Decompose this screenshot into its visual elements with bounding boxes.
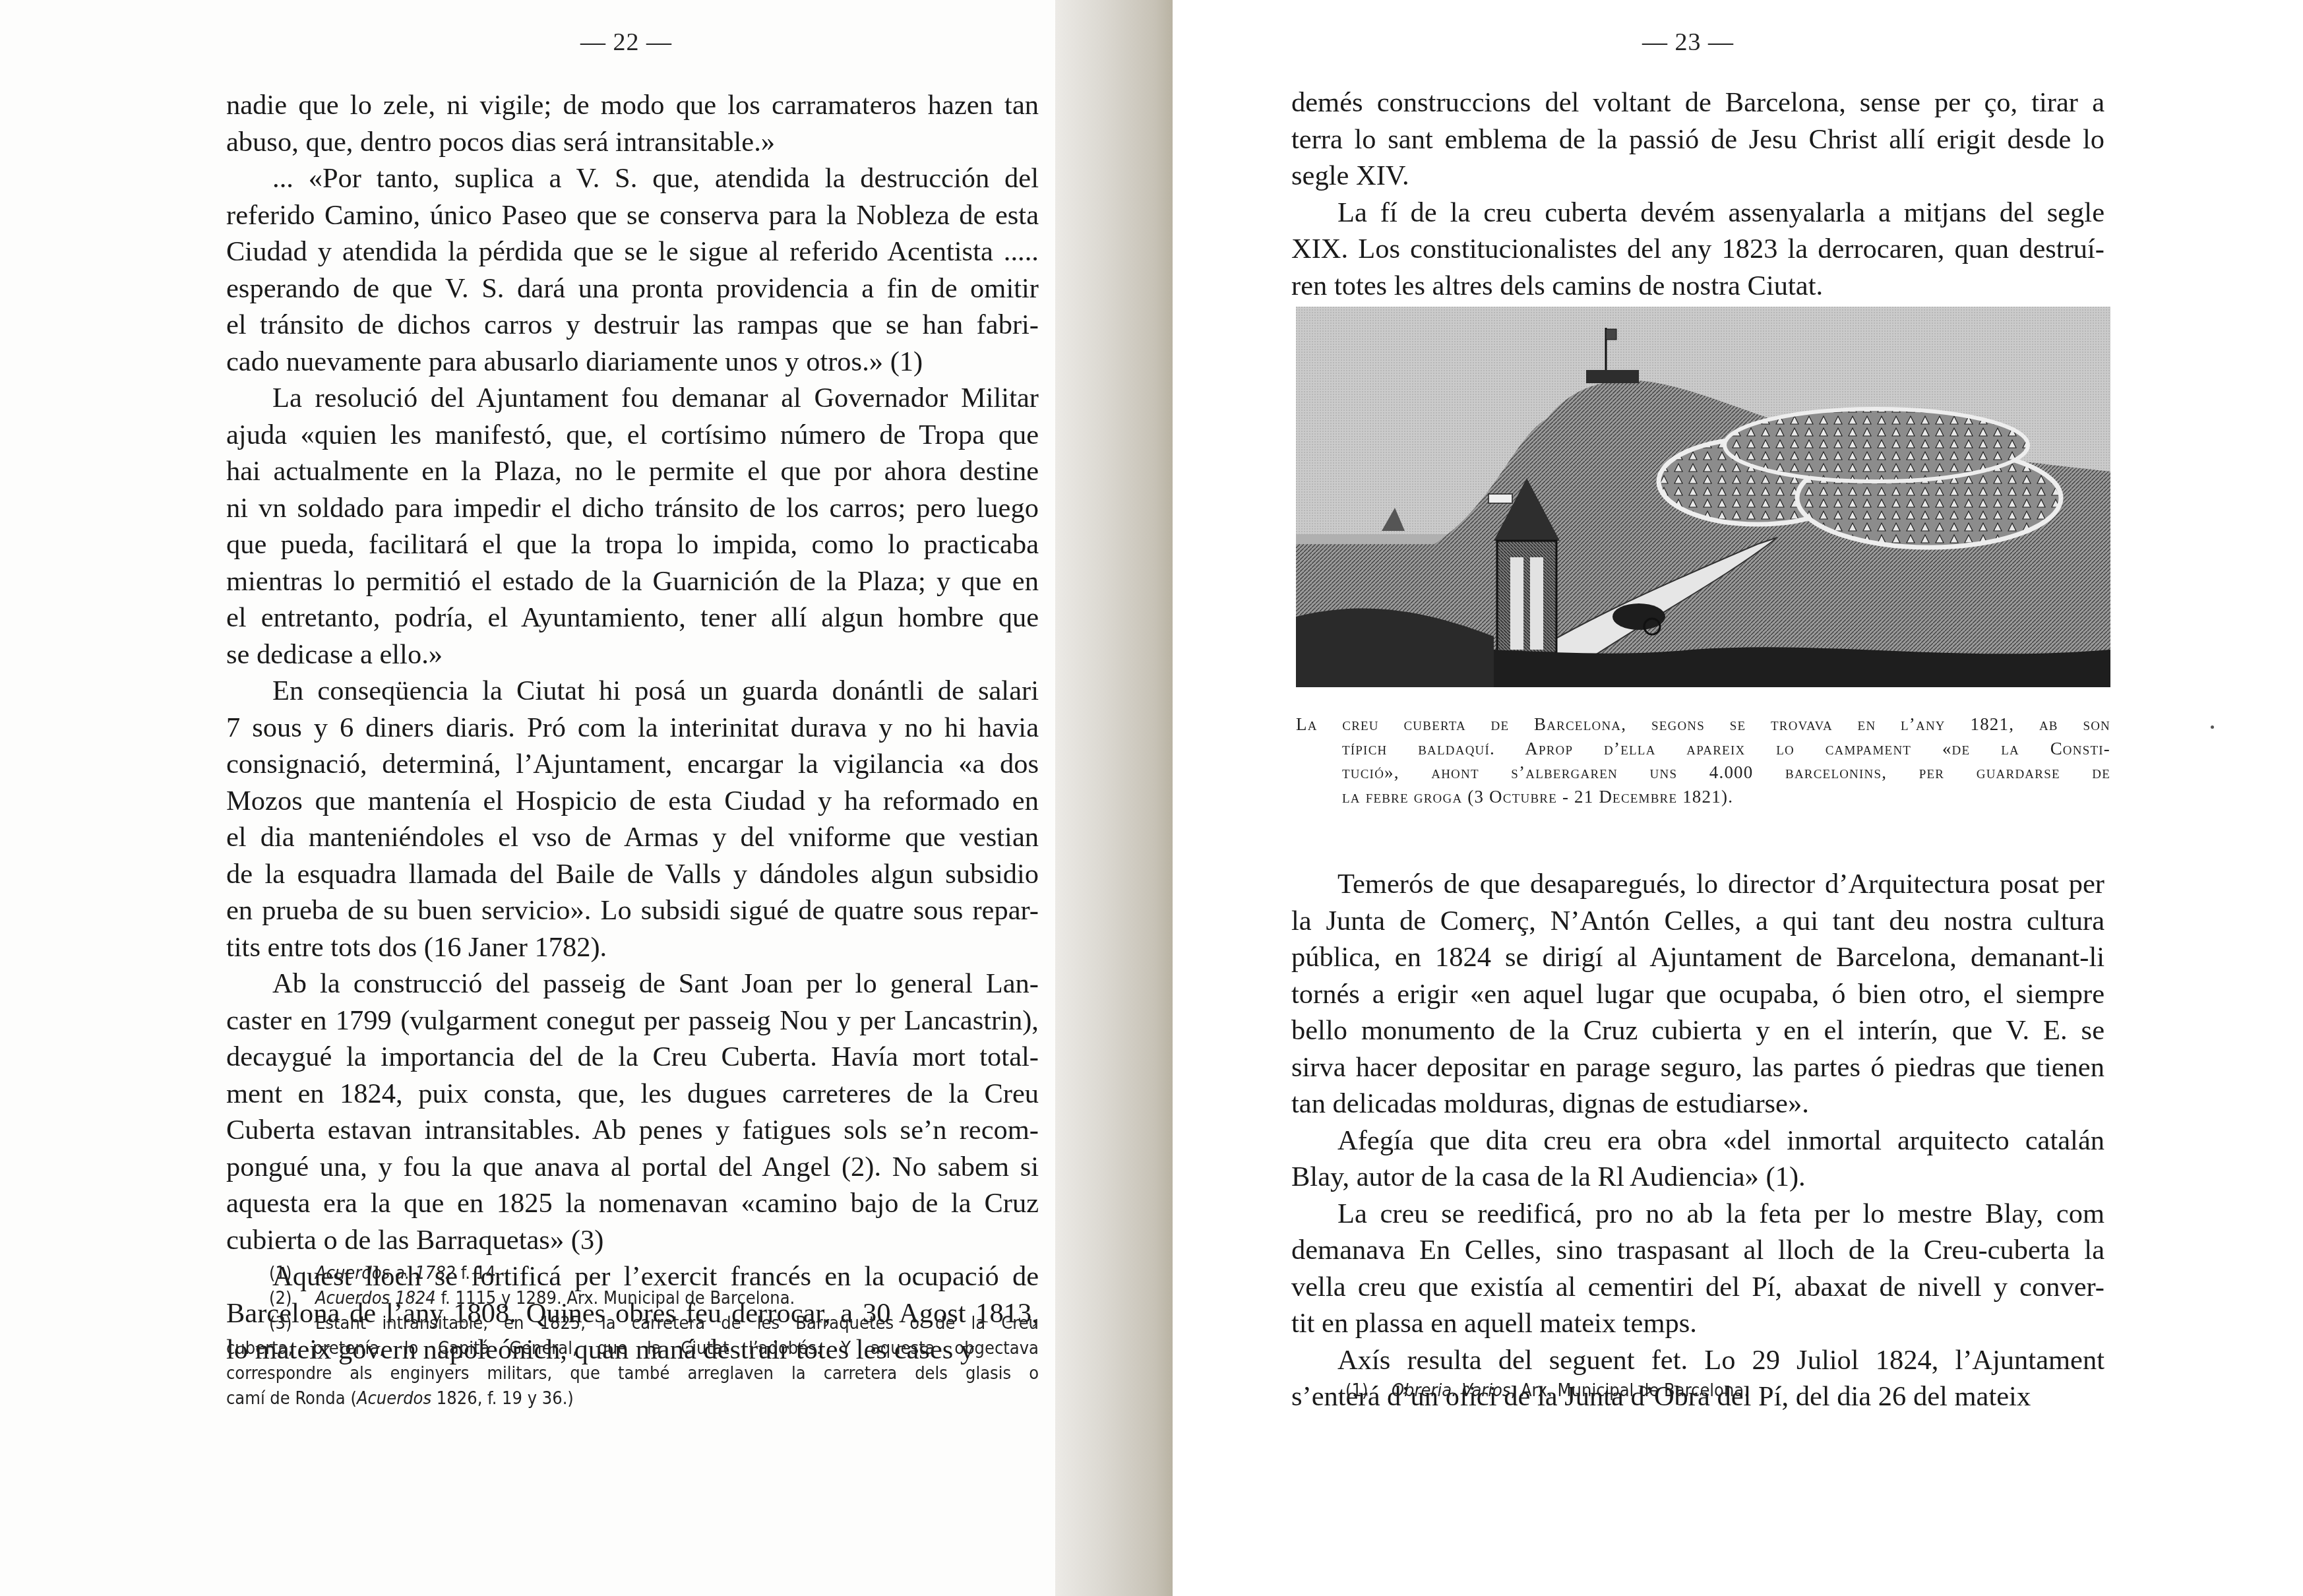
page-number-right: — 23 — [1642,28,1734,57]
text-line: pública, en 1824 se dirigí al Ajuntament… [1291,939,2104,976]
text-line: Temerós de que desaparegués, lo director… [1291,866,2104,903]
text-line: el entretanto, podría, el Ayuntamiento, … [226,599,1039,636]
book-spread: — 22 — nadie que lo zele, ni vigile; de … [0,0,2303,1596]
text-line: tan delicadas molduras, dignas de estudi… [1291,1086,2104,1122]
text-line: en prueba de su buen servicio». Lo subsi… [226,892,1039,929]
page-number-left: — 22 — [580,28,672,57]
text-line: cubierta o de las Barraquetas» (3) [226,1222,1039,1259]
text-line: Cuberta estavan intransitables. Ab penes… [226,1112,1039,1149]
text-line: tits entre tots dos (16 Janer 1782). [226,929,1039,966]
scan-speck [2211,725,2214,729]
footnote-line: camí de Ronda (Acuerdos 1826, f. 19 y 36… [226,1386,1039,1411]
footnote-line: correspondre als enginyers militars, que… [226,1361,1039,1386]
text-line: segle XIV. [1291,158,2104,195]
right-body-text-top: demés construccions del voltant de Barce… [1291,84,2104,304]
footnote-number: (2) [269,1286,315,1311]
footnote-number: (3) [269,1311,315,1336]
text-line: La resolució del Ajuntament fou demanar … [226,380,1039,417]
text-line: XIX. Los constitucionalistes del any 182… [1291,231,2104,268]
caption-line: La creu cuberta de Barcelona, segons se … [1296,712,2110,737]
text-line: pongué una, y fou la que anava al portal… [226,1149,1039,1186]
text-line: el tránsito de dichos carros y destruir … [226,307,1039,344]
text-line: consignació, determiná, l’Ajuntament, en… [226,746,1039,783]
text-line: Ciudad y atendida la pérdida que se le s… [226,233,1039,270]
text-line: ajuda «quien les manifestó, que, el cort… [226,417,1039,454]
text-line: decaygué la importancia del de la Creu C… [226,1039,1039,1076]
text-line: aquesta era la que en 1825 la nomenavan … [226,1185,1039,1222]
text-line: Blay, autor de la casa de la Rl Audienci… [1291,1159,2104,1196]
text-line: demanava En Celles, sino traspasant al l… [1291,1232,2104,1269]
right-body-text-bottom: Temerós de que desaparegués, lo director… [1291,866,2104,1415]
text-line: que pueda, facilitará el que la tropa lo… [226,526,1039,563]
figure-caption: La creu cuberta de Barcelona, segons se … [1296,712,2110,809]
text-line: La creu se reedificá, pro no ab la feta … [1291,1196,2104,1233]
text-line: vella creu que existía al cementiri del … [1291,1269,2104,1306]
text-line: bello monumento de la Cruz cubierta y en… [1291,1012,2104,1049]
text-line: de la esquadra llamada del Baile de Vall… [226,856,1039,893]
text-line: La fí de la creu cuberta devém assenyala… [1291,195,2104,231]
text-line: ren totes les altres dels camins de nost… [1291,268,2104,305]
text-line: tornés a erigir «en aquel lugar que ocup… [1291,976,2104,1013]
text-line: tit en plassa en aquell mateix temps. [1291,1305,2104,1342]
footnote-line: cuberta, pretenía, lo Capitá General, qu… [226,1336,1039,1361]
footnote: (1)Obreria. Varios, Arx. Municipal de Ba… [1345,1378,2071,1403]
text-line: Afegía que dita creu era obra «del inmor… [1291,1122,2104,1159]
text-line: referido Camino, único Paseo que se cons… [226,197,1039,234]
caption-line: tució», ahont s’albergaren uns 4.000 bar… [1296,760,2110,785]
text-line: esperando de que V. S. dará una pronta p… [226,270,1039,307]
text-line: caster en 1799 (vulgarment conegut per p… [226,1002,1039,1039]
text-line: se dedicase a ello.» [226,636,1039,673]
footnote-number: (1) [1345,1378,1392,1403]
text-line: sirva hacer depositar en parage seguro, … [1291,1049,2104,1086]
text-line: 7 sous y 6 diners diaris. Pró com la int… [226,710,1039,747]
right-footnotes: (1)Obreria. Varios, Arx. Municipal de Ba… [1345,1378,2071,1403]
text-line: ment en 1824, puix consta, que, les dugu… [226,1076,1039,1113]
left-body-text: nadie que lo zele, ni vigile; de modo qu… [226,87,1039,1368]
text-line: Mozos que mantenía el Hospicio de esta C… [226,783,1039,820]
caption-line: típich baldaquí. Aprop d’ella apareix lo… [1296,737,2110,761]
footnote: (1)Acuerdos a. 1782 f. 14. [226,1261,1039,1286]
text-line: hai actualmente en la Plaza, no le permi… [226,453,1039,490]
text-line: En conseqüencia la Ciutat hi posá un gua… [226,673,1039,710]
footnote: (2)Acuerdos 1824 f. 1115 y 1289. Arx. Mu… [226,1286,1039,1311]
caption-line: la febre groga (3 Octubre - 21 Decembre … [1296,785,2110,809]
text-line: el dia manteniéndoles el vso de Armas y … [226,819,1039,856]
left-footnotes: (1)Acuerdos a. 1782 f. 14.(2)Acuerdos 18… [226,1261,1039,1411]
text-line: demés construccions del voltant de Barce… [1291,84,2104,121]
text-line: abuso, que, dentro pocos dias será intra… [226,124,1039,161]
text-line: terra lo sant emblema de la passió de Je… [1291,121,2104,158]
text-line: nadie que lo zele, ni vigile; de modo qu… [226,87,1039,124]
text-line: ... «Por tanto, suplica a V. S. que, ate… [226,160,1039,197]
text-line: ni vn soldado para impedir el dicho trán… [226,490,1039,527]
engraving-drawing [1296,307,2110,687]
text-line: mientras lo permitió el estado de la Gua… [226,563,1039,600]
text-line: Ab la construcció del passeig de Sant Jo… [226,966,1039,1002]
text-line: cado nuevamente para abusarlo diariament… [226,344,1039,381]
book-gutter [1055,0,1173,1596]
footnote-number: (1) [269,1261,315,1286]
text-line: Axís resulta del seguent fet. Lo 29 Juli… [1291,1342,2104,1379]
footnote-line: (3)Estant intransitable, en 1825, la car… [226,1311,1039,1336]
text-line: la Junta de Comerç, N’Antón Celles, a qu… [1291,903,2104,940]
engraving-illustration [1296,307,2110,687]
